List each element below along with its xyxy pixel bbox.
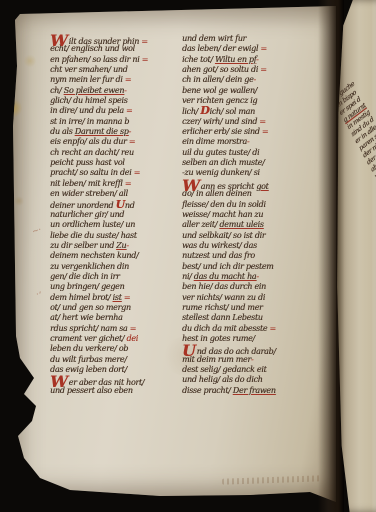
text-line: leben du verkere/ ob <box>50 344 176 354</box>
text-line: und helig/ als do dich <box>182 375 322 385</box>
facing-page-text-column: nd guchean bispoer spei dg naturstin mes… <box>336 18 376 238</box>
text-line: deiner unordend Und <box>50 200 176 210</box>
faint-inscription <box>222 475 322 484</box>
text-line: und selbkait/ so ist dir <box>182 231 322 241</box>
photograph-of-open-book: Wilt das sunder phin =echt/ englisch und… <box>0 0 376 512</box>
text-line: gen/ die dich in irr <box>50 272 176 282</box>
text-line: en wider streben/ all <box>50 189 176 199</box>
text-column-left: Wilt das sunder phin =echt/ englisch und… <box>50 34 176 396</box>
text-line: st in irre/ in manna b <box>50 117 176 127</box>
text-line: ch/ So pleibet ewen- <box>50 86 176 96</box>
text-line: glich/ du himel speis <box>50 96 176 106</box>
text-line: crament ver gichet/ dei <box>50 334 176 344</box>
text-line: dest selig/ gedanck eit <box>182 365 322 375</box>
text-line: ahen got/ so soltu di = <box>182 65 322 75</box>
text-line: und dem wirt fur <box>182 34 322 44</box>
text-line: du wilt furbas mere/ <box>50 355 176 365</box>
text-line: fleisse/ den du in soldi <box>182 200 322 210</box>
text-line: nym mein ler fur di = <box>50 75 176 85</box>
text-line: ver nichts/ wann zu di <box>182 293 322 303</box>
text-column-right: und dem wirt furdas leben/ der ewigl =ic… <box>182 34 322 396</box>
paper-stain <box>24 54 36 68</box>
text-line: erlicher erb/ sie sind = <box>182 127 322 137</box>
text-line: selben an dich muste/ <box>182 158 322 168</box>
text-line: zu vergenklichen din <box>50 262 176 272</box>
marginal-pen-mark: ~· <box>31 225 43 236</box>
text-line: rume richst/ und mer <box>182 303 322 313</box>
text-line: Wilt das sunder phin = <box>50 34 176 44</box>
text-line: mit deim rum mer- <box>182 355 322 365</box>
text-line: ein dime morstra- <box>182 137 322 147</box>
text-line: ch recht an dacht/ reu <box>50 148 176 158</box>
text-line: weisse/ macht han zu <box>182 210 322 220</box>
text-line: ch in allen/ dein ge- <box>182 75 322 85</box>
text-line: ben hie/ das durch ein <box>182 282 322 292</box>
text-line: best/ und ich dir pestem <box>182 262 322 272</box>
text-line: at/ hert wie bernha <box>50 313 176 323</box>
text-line: rdus spricht/ nam sa = <box>50 324 176 334</box>
text-line: nit leben/ mit kreffl = <box>50 179 176 189</box>
text-line: du als Darumt die sp- <box>50 127 176 137</box>
text-line: ot/ und gen so mergn <box>50 303 176 313</box>
text-line: aller zeit/ demut uleis <box>182 220 322 230</box>
text-line: cht ver smahen/ und <box>50 65 176 75</box>
text-line: pracht/ so saltu in dei = <box>50 168 176 178</box>
text-line: bene wol ge wallen/ <box>182 86 322 96</box>
text-line: Wann es spricht got <box>182 179 322 189</box>
paper-stain <box>14 196 24 206</box>
text-line: czer/ wirh/ und sind = <box>182 117 322 127</box>
paper-stain <box>4 98 22 118</box>
marginal-pen-mark: ·' <box>35 290 41 300</box>
text-line: -zu wenig dunken/ si <box>182 168 322 178</box>
text-line: dem himel brot/ ist = <box>50 293 176 303</box>
text-line: in dire/ und du pela = <box>50 106 176 116</box>
text-line: echt/ englisch und wol <box>50 44 176 54</box>
text-line: was du wirkest/ das <box>182 241 322 251</box>
text-line: das ewig leben dort/ <box>50 365 176 375</box>
text-line: liebe die du suste/ hast <box>50 231 176 241</box>
text-line: eis enpfo/ als du dur = <box>50 137 176 147</box>
text-line: un ordlichem luste/ un <box>50 220 176 230</box>
text-line: naturlicher gir/ und <box>50 210 176 220</box>
text-line: en pfahen/ so lass dir ni = <box>50 55 176 65</box>
text-line: Wer aber das nit hort/ <box>50 375 176 385</box>
facing-page-edge: nd guchean bispoer spei dg naturstin mes… <box>336 0 376 512</box>
text-line: und pessert also eben <box>50 386 176 396</box>
text-line: zu dir selber und Zu- <box>50 241 176 251</box>
manuscript-page: Wilt das sunder phin =echt/ englisch und… <box>10 6 336 502</box>
text-line: nutzest und das fro <box>182 251 322 261</box>
text-line: Und das do ach darab/ <box>182 344 322 354</box>
text-line: hest in gotes rume/ <box>182 334 322 344</box>
text-line: stellest dann Lebestu <box>182 313 322 323</box>
text-line: das leben/ der ewigl = <box>182 44 322 54</box>
text-line: lich/ Dich/ sol man <box>182 106 322 116</box>
text-line: ung bringen/ gegen <box>50 282 176 292</box>
text-line: iche tot/ Wiltu en pf- <box>182 55 322 65</box>
text-line: disse pracht/ Der frawen <box>182 386 322 396</box>
text-line: ni/ das du macht ha- <box>182 272 322 282</box>
text-line: uil du gutes tuste/ di <box>182 148 322 158</box>
text-line: deinem nechsten kund/ <box>50 251 176 261</box>
text-line: peicht puss hast vol <box>50 158 176 168</box>
text-line: du dich da mit abesste = <box>182 324 322 334</box>
